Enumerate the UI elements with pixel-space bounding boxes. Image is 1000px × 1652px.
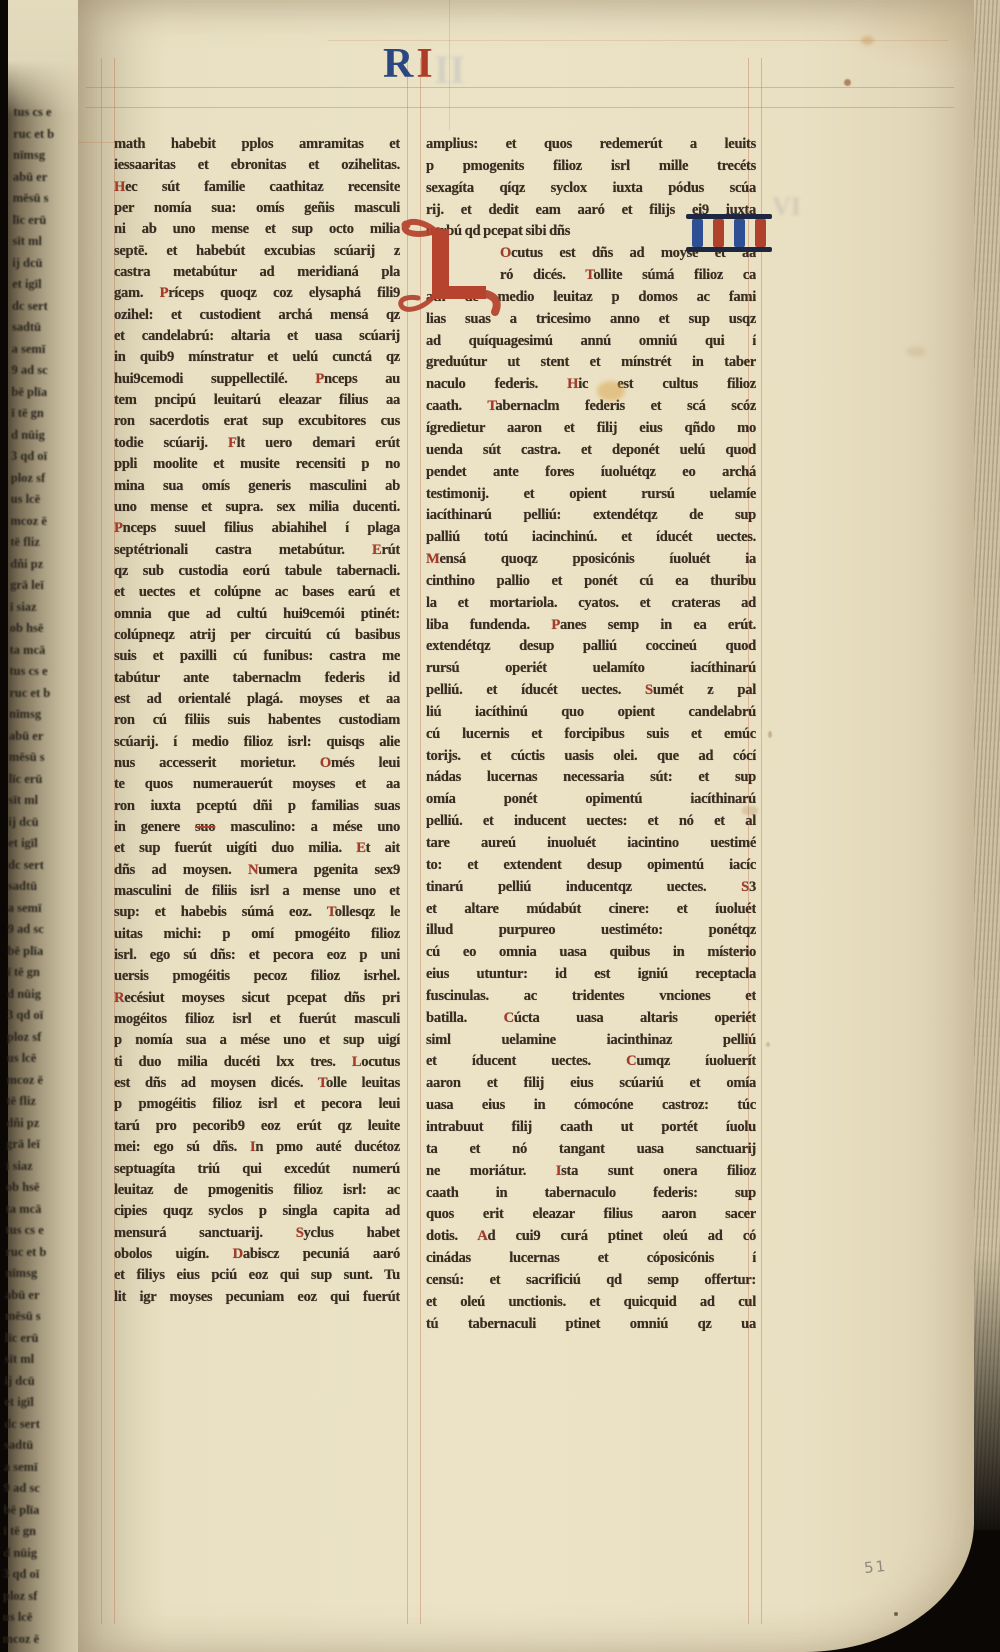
manuscript-page: RI II VI math habebit pplos amramitas et…: [78, 0, 974, 1652]
rubricated-letter: R: [114, 990, 124, 1006]
running-title-letter-blue: R: [383, 41, 416, 87]
ruling-line-horizontal: [86, 107, 954, 108]
text-line: leuitaz de pmogenitis filioz isrl: ac: [114, 1180, 400, 1201]
rubricated-letter: T: [487, 398, 495, 414]
text-line: Pnceps suuel filius abiahihel í plaga: [114, 518, 400, 539]
text-line: tú tabernaculi ptinet omniú qz ua: [426, 1314, 756, 1336]
showthrough-fragment: 9 ad sc: [8, 919, 74, 941]
rubricated-letter: I: [556, 1163, 561, 1179]
text-line: cinádas lucernas et cóposicónis í: [426, 1248, 756, 1270]
showthrough-fragment: nīmsg: [5, 1263, 71, 1285]
showthrough-fragment: mcoz ē: [10, 510, 76, 532]
text-line: Recésiut moyses sicut pcepat dñs pri: [114, 988, 400, 1009]
text-line: pelliú. et inducent uectes: et nó et al: [426, 811, 756, 833]
text-line: siml uelamine iacinthinaz pelliú: [426, 1030, 756, 1052]
text-line: ron cú filiis suis habentes custodiam: [114, 710, 400, 731]
showthrough-fragment: ploz sf: [11, 467, 77, 489]
showthrough-fragment: dñi pz: [6, 1112, 72, 1134]
text-line: ta et nó tangant uasa sanctuarij: [426, 1139, 756, 1161]
text-line: omnia que ad cultú hui9cemói ptinét:: [114, 604, 400, 625]
numeral-stroke-I: [734, 219, 745, 247]
showthrough-fragment: bē plīa: [7, 940, 73, 962]
showthrough-fragment: sadtū: [8, 876, 74, 898]
chapter-numeral-IIII: [690, 214, 768, 252]
text-line: extendétqz desup palliú coccineú quod: [426, 636, 756, 658]
showthrough-fragment: a semī: [4, 1456, 70, 1478]
red-strikethrough-word: suo: [195, 819, 215, 835]
folio-number: 51: [863, 1557, 888, 1577]
text-line: pendet ante fores íuoluétqz eo archá: [426, 462, 756, 484]
text-line: batilla. Cúcta uasa altaris operiét: [426, 1008, 756, 1030]
text-line: cú lucernis et forcipibus suis et emúc: [426, 724, 756, 746]
rubricated-letter: P: [315, 371, 324, 387]
text-line: cipies quqz syclos p singla capita ad: [114, 1201, 400, 1222]
showthrough-fragment: 3 qd oī: [3, 1564, 69, 1586]
showthrough-fragment: tus cs e: [13, 102, 79, 124]
text-line: testimonij. et opient rursú uelamíe: [426, 484, 756, 506]
text-line: et íducent uectes. Cumqz íuoluerít: [426, 1051, 756, 1073]
text-line: aaron et filij eius scúariú et omía: [426, 1073, 756, 1095]
text-line: la et mortariola. cyatos. et crateras ad: [426, 593, 756, 615]
rubricated-letter: L: [352, 1054, 361, 1070]
text-line: fuscinulas. ac tridentes vnciones et: [426, 986, 756, 1008]
numeral-stroke-I: [755, 219, 766, 247]
text-line: est ad orientalé plagá. moyses et aa: [114, 689, 400, 710]
text-line: naculo federis. Hic est cultus filioz: [426, 374, 756, 396]
text-line: suis et paxilli cú funibus: castra me: [114, 646, 400, 667]
showthrough-fragment: līc erū: [9, 768, 75, 790]
text-line: septuagíta triú qui excedút numerú: [114, 1159, 400, 1180]
showthrough-fragment: ī tē gn: [3, 1521, 69, 1543]
text-line: obolos uigín. Dabiscz pecuniá aaró: [114, 1244, 400, 1265]
showthrough-fragment: mcoz ē: [6, 1069, 72, 1091]
showthrough-fragment: līc erū: [5, 1327, 71, 1349]
showthrough-fragment: ploz sf: [3, 1585, 69, 1607]
text-line: eius utuntur: id est igniú receptacla: [426, 964, 756, 986]
showthrough-fragment: ij dcū: [12, 252, 78, 274]
rubricated-letter: O: [320, 755, 331, 771]
text-line: amplius: et quos redemerút a leuits: [426, 134, 756, 156]
showthrough-fragment: 3 qd oī: [7, 1005, 73, 1027]
text-line: math habebit pplos amramitas et: [114, 134, 400, 155]
showthrough-fragment: abū er: [5, 1284, 71, 1306]
showthrough-fragment: nīmsg: [9, 704, 75, 726]
numeral-strokes: [692, 219, 766, 247]
initial-L-flourish: [394, 216, 510, 322]
showthrough-fragment: d nūig: [7, 983, 73, 1005]
text-line: nádas lucernas necessaria sút: et sup: [426, 767, 756, 789]
text-line: torijs. et cúctis uasis olei. que ad cóc…: [426, 746, 756, 768]
text-line: liú iacíthinú quo opient candelabrú: [426, 702, 756, 724]
text-line: quos erit eleazar filius aaron sacer: [426, 1204, 756, 1226]
showthrough-fragment: dc sert: [8, 854, 74, 876]
showthrough-fragment: ruc et b: [5, 1241, 71, 1263]
stain: [844, 79, 851, 86]
ruling-line-horizontal: [78, 142, 118, 143]
showthrough-header-letters: II: [434, 46, 465, 93]
showthrough-fragment: sadtū: [12, 317, 78, 339]
showthrough-fragment: us lcē: [3, 1607, 69, 1629]
text-line: pelliú. et íducét uectes. Sumét z pal: [426, 680, 756, 702]
text-line: gam. Príceps quoqz coz elysaphá fili9: [114, 283, 400, 304]
showthrough-fragment: ruc et b: [9, 682, 75, 704]
margin-speck: [768, 731, 772, 738]
text-line: p nomía sua a mése uno et sup uigí: [114, 1030, 400, 1051]
text-line: iacíthinarú pelliú: extendétqz de sup: [426, 505, 756, 527]
showthrough-fragment: ī siaz: [6, 1155, 72, 1177]
showthrough-fragment: bē plīa: [3, 1499, 69, 1521]
rubricated-letter: I: [250, 1139, 255, 1155]
ruling-line-vertical: [101, 58, 102, 1624]
text-line: Hec sút familie caathitaz recensite: [114, 177, 400, 198]
showthrough-fragment: abū er: [13, 166, 79, 188]
showthrough-fragment: 9 ad sc: [11, 360, 77, 382]
showthrough-fragment: et igīl: [12, 274, 78, 296]
text-line: castra metabútur ad meridianá pla: [114, 262, 400, 283]
showthrough-fragment: tus cs e: [9, 661, 75, 683]
text-line: tabútur ante tabernaclm federis id: [114, 668, 400, 689]
text-line: censú: et sacrificiú qd semp offertur:: [426, 1270, 756, 1292]
text-line: et candelabrú: altaria et uasa scúarij: [114, 326, 400, 347]
showthrough-fragment: ta mcā: [9, 639, 75, 661]
text-line: et uectes et colúpne ac bases earú et: [114, 582, 400, 603]
text-line: ozihel: et custodient archá mensá qz: [114, 305, 400, 326]
text-line: greduútur ut stent et mínstrét in taber: [426, 352, 756, 374]
rubricated-letter: F: [228, 435, 237, 451]
text-line: p pmogenits filioz isrl mille trecéts: [426, 156, 756, 178]
text-line: ad quíquagesimú annú omniú qui í: [426, 331, 756, 353]
showthrough-fragment: mēsū s: [9, 747, 75, 769]
text-line: dñs ad moysen. Numera pgenita sex9: [114, 860, 400, 881]
rubricated-letter: H: [567, 376, 578, 392]
rubricated-letter: D: [233, 1246, 243, 1262]
text-line: palliú totú iacinchinú. et íducét uectes…: [426, 527, 756, 549]
ruling-line-vertical: [761, 58, 762, 1624]
text-line: uitas michi: p omí pmogéito filioz: [114, 924, 400, 945]
rubricated-letter: N: [248, 862, 258, 878]
text-line: sup: et habebis súmá eoz. Tollesqz le: [114, 902, 400, 923]
text-line: isrl. ego sú dñs: et pecora eoz p uni: [114, 945, 400, 966]
showthrough-fragment: tē fliz: [6, 1091, 72, 1113]
text-line: tarú pro pecorib9 eoz erút qz leuite: [114, 1116, 400, 1137]
showthrough-fragment: ī tē gn: [7, 962, 73, 984]
text-line: te quos numerauerút moyses et aa: [114, 774, 400, 795]
showthrough-fragment: ī siaz: [10, 596, 76, 618]
showthrough-fragment: mēsū s: [5, 1306, 71, 1328]
showthrough-fragment: ij dcū: [8, 811, 74, 833]
text-line: et sup fuerút uigíti duo milia. Et ait: [114, 838, 400, 859]
text-line: ron iuxta pceptú dñi p familias suas: [114, 796, 400, 817]
showthrough-fragment: d nūig: [11, 424, 77, 446]
rubricated-letter: H: [114, 179, 125, 195]
text-line: in genere suo masculino: a mése uno: [114, 817, 400, 838]
showthrough-fragment: dñi pz: [10, 553, 76, 575]
text-line: p pmogéitis filioz isrl et pecora leui: [114, 1094, 400, 1115]
text-line: to: et extendent desup opimentú iacíc: [426, 855, 756, 877]
ruling-line-horizontal: [86, 87, 954, 88]
showthrough-fragment: dc sert: [12, 295, 78, 317]
text-line: uenda sút castra. et deponét uelú quod: [426, 440, 756, 462]
text-line: intrabuut filij caath ut portét íuolu: [426, 1117, 756, 1139]
showthrough-fragment: ploz sf: [7, 1026, 73, 1048]
showthrough-fragment: sīt ml: [5, 1349, 71, 1371]
text-line: Mensá quoqz pposicónis íuoluét ia: [426, 549, 756, 571]
numeral-bottom-bar: [686, 247, 772, 252]
running-title-letter-red: I: [416, 41, 435, 87]
text-line: uasa eius in cómocóne castroz: túc: [426, 1095, 756, 1117]
showthrough-fragment: līc erū: [12, 209, 78, 231]
ink-speck: [894, 1612, 898, 1616]
running-title: RI: [383, 42, 436, 86]
text-line: rursú operiét uelamíto iacíthinarú: [426, 658, 756, 680]
showthrough-fragment: sīt ml: [12, 231, 78, 253]
showthrough-fragment: us lcē: [7, 1048, 73, 1070]
showthrough-fragment: dc sert: [4, 1413, 70, 1435]
showthrough-fragment: ī tē gn: [11, 403, 77, 425]
text-line: cú eo omnia uasa quibus in místerio: [426, 942, 756, 964]
text-line: ígredietur aaron et filij eius qñdo mo: [426, 418, 756, 440]
showthrough-fragment: a semī: [12, 338, 78, 360]
rubricated-letter: T: [318, 1075, 326, 1091]
rubricated-letter: C: [626, 1053, 636, 1069]
text-line: mensurá sanctuarij. Syclus habet: [114, 1223, 400, 1244]
text-line: todie scúarij. Flt uero demari erút: [114, 433, 400, 454]
showthrough-fragment: ob hsē: [6, 1177, 72, 1199]
text-line: qz sub custodia eorú tabule tabernacli.: [114, 561, 400, 582]
showthrough-fragment: grā leī: [6, 1134, 72, 1156]
stain: [906, 346, 926, 357]
showthrough-fragment: tus cs e: [5, 1220, 71, 1242]
rubricated-letter: E: [372, 542, 381, 558]
rubricated-letter: P: [551, 617, 560, 633]
showthrough-fragment: 3 qd oī: [11, 446, 77, 468]
text-line: mina sua omís generis masculini ab: [114, 476, 400, 497]
text-line: ni ab uno mense et sup octo milia: [114, 219, 400, 240]
rubricated-letter: T: [327, 904, 335, 920]
numeral-stroke-I: [713, 219, 724, 247]
text-line: et altare múdabút cinere: et íuoluét: [426, 899, 756, 921]
text-line: septē. et habebút excubias scúarij z: [114, 241, 400, 262]
numeral-stroke-I: [692, 219, 703, 247]
chapter-initial-L: [394, 216, 510, 322]
text-line: caath. Tabernaclm federis et scá scóz: [426, 396, 756, 418]
text-line: ppli moolite et musite recensiti p no: [114, 454, 400, 475]
text-line: est dñs ad moysen dicés. Tolle leuitas: [114, 1073, 400, 1094]
showthrough-fragment: mēsū s: [13, 188, 79, 210]
margin-speck: [766, 1042, 770, 1047]
text-line: mei: ego sú dñs. In pmo auté ducétoz: [114, 1137, 400, 1158]
text-line: caath in tabernaculo federis: sup: [426, 1183, 756, 1205]
stain: [597, 381, 625, 401]
rubricated-letter: S: [741, 879, 749, 895]
showthrough-fragment: sadtū: [4, 1435, 70, 1457]
showthrough-fragment: sīt ml: [8, 790, 74, 812]
showthrough-margin-letters: VI: [772, 192, 801, 222]
showthrough-fragment: ruc et b: [13, 123, 79, 145]
text-line: tare aureú inuoluét iacintino uestimé: [426, 833, 756, 855]
facing-page-gutter: tus cs eruc et bnīmsgabū ermēsū slīc erū…: [8, 0, 82, 1652]
margin-smudge: [742, 806, 758, 815]
showthrough-fragment: ij dcū: [4, 1370, 70, 1392]
text-line: et oleú unctionis. et quicquid ad cul: [426, 1292, 756, 1314]
text-line: iessaaritas et ebronitas et ozihelitas.: [114, 155, 400, 176]
text-line: ti duo milia ducéti lxx tres. Locutus: [114, 1052, 400, 1073]
showthrough-fragment: mcoz ē: [3, 1628, 69, 1647]
rubricated-letter: S: [296, 1225, 304, 1241]
text-line: lit igr moyses pecuniam eoz qui fuerút: [114, 1287, 400, 1308]
showthrough-fragment: et igīl: [4, 1392, 70, 1414]
photograph-background: { "manuscript": { "running_title": { "bl…: [0, 0, 1000, 1652]
text-line: sexagíta qíqz syclox iuxta pódus scúa: [426, 178, 756, 200]
text-line: liba fundenda. Panes semp in ea erút.: [426, 615, 756, 637]
text-line: tem pncipú leuitarú eleazar filius aa: [114, 390, 400, 411]
rubricated-letter: C: [504, 1010, 514, 1026]
text-line: ne moriátur. Ista sunt onera filioz: [426, 1161, 756, 1183]
text-line: dotis. Ad cui9 curá ptinet oleú ad có: [426, 1226, 756, 1248]
rubricated-letter: A: [477, 1228, 487, 1244]
rubricated-letter: E: [356, 840, 365, 856]
text-line: scúarij. í medio filioz isrl: quisqs ali…: [114, 732, 400, 753]
showthrough-fragment: abū er: [9, 725, 75, 747]
gutter-showthrough-text: tus cs eruc et bnīmsgabū ermēsū slīc erū…: [3, 102, 80, 1647]
showthrough-fragment: ta mcā: [6, 1198, 72, 1220]
text-line: uno mense et supra. sex milia ducenti.: [114, 497, 400, 518]
rubricated-letter: P: [160, 285, 169, 301]
showthrough-fragment: a semī: [8, 897, 74, 919]
text-column-left: math habebit pplos amramitas etiessaarit…: [114, 134, 400, 1308]
showthrough-fragment: d nūig: [3, 1542, 69, 1564]
text-line: colúpneqz atrij per circuitú cú basibus: [114, 625, 400, 646]
showthrough-fragment: ob hsē: [10, 618, 76, 640]
text-line: masculini de filiis isrl a mense uno et: [114, 881, 400, 902]
showthrough-fragment: bē plīa: [11, 381, 77, 403]
showthrough-fragment: nīmsg: [13, 145, 79, 167]
text-line: tinarú pelliú inducentqz uectes. S3: [426, 877, 756, 899]
text-line: nus accesserit morietur. Omés leui: [114, 753, 400, 774]
showthrough-fragment: tē fliz: [10, 532, 76, 554]
text-line: ron sacerdotis erat sup excubitores cus: [114, 411, 400, 432]
text-line: in quib9 mínstratur et uelú cunctá qz: [114, 347, 400, 368]
text-line: per nomía sua: omís geñis masculi: [114, 198, 400, 219]
rubricated-letter: T: [585, 267, 593, 283]
showthrough-fragment: grā leī: [10, 575, 76, 597]
text-line: mogéitos filioz isrl et fuerút masculi: [114, 1009, 400, 1030]
text-line: illud purpureo uestiméto: ponétqz: [426, 920, 756, 942]
showthrough-fragment: 9 ad sc: [4, 1478, 70, 1500]
stain: [861, 36, 874, 45]
rubricated-letter: S: [645, 682, 653, 698]
text-line: omía ponét opimentú iacíthinarú: [426, 789, 756, 811]
rubricated-letter: P: [114, 520, 123, 536]
text-line: cinthino pallio et ponét cú ea thuribu: [426, 571, 756, 593]
text-line: et filiys eius pciú eoz qui sup sunt. Tu: [114, 1265, 400, 1286]
rubricated-letter: M: [426, 551, 439, 567]
showthrough-fragment: et igīl: [8, 833, 74, 855]
showthrough-fragment: us lcē: [11, 489, 77, 511]
text-line: hui9cemodi suppellectilé. Pnceps au: [114, 369, 400, 390]
text-line: septétrionali castra metabútur. Erút: [114, 540, 400, 561]
text-line: uersis pmogéitis pecoz filioz isrhel.: [114, 966, 400, 987]
